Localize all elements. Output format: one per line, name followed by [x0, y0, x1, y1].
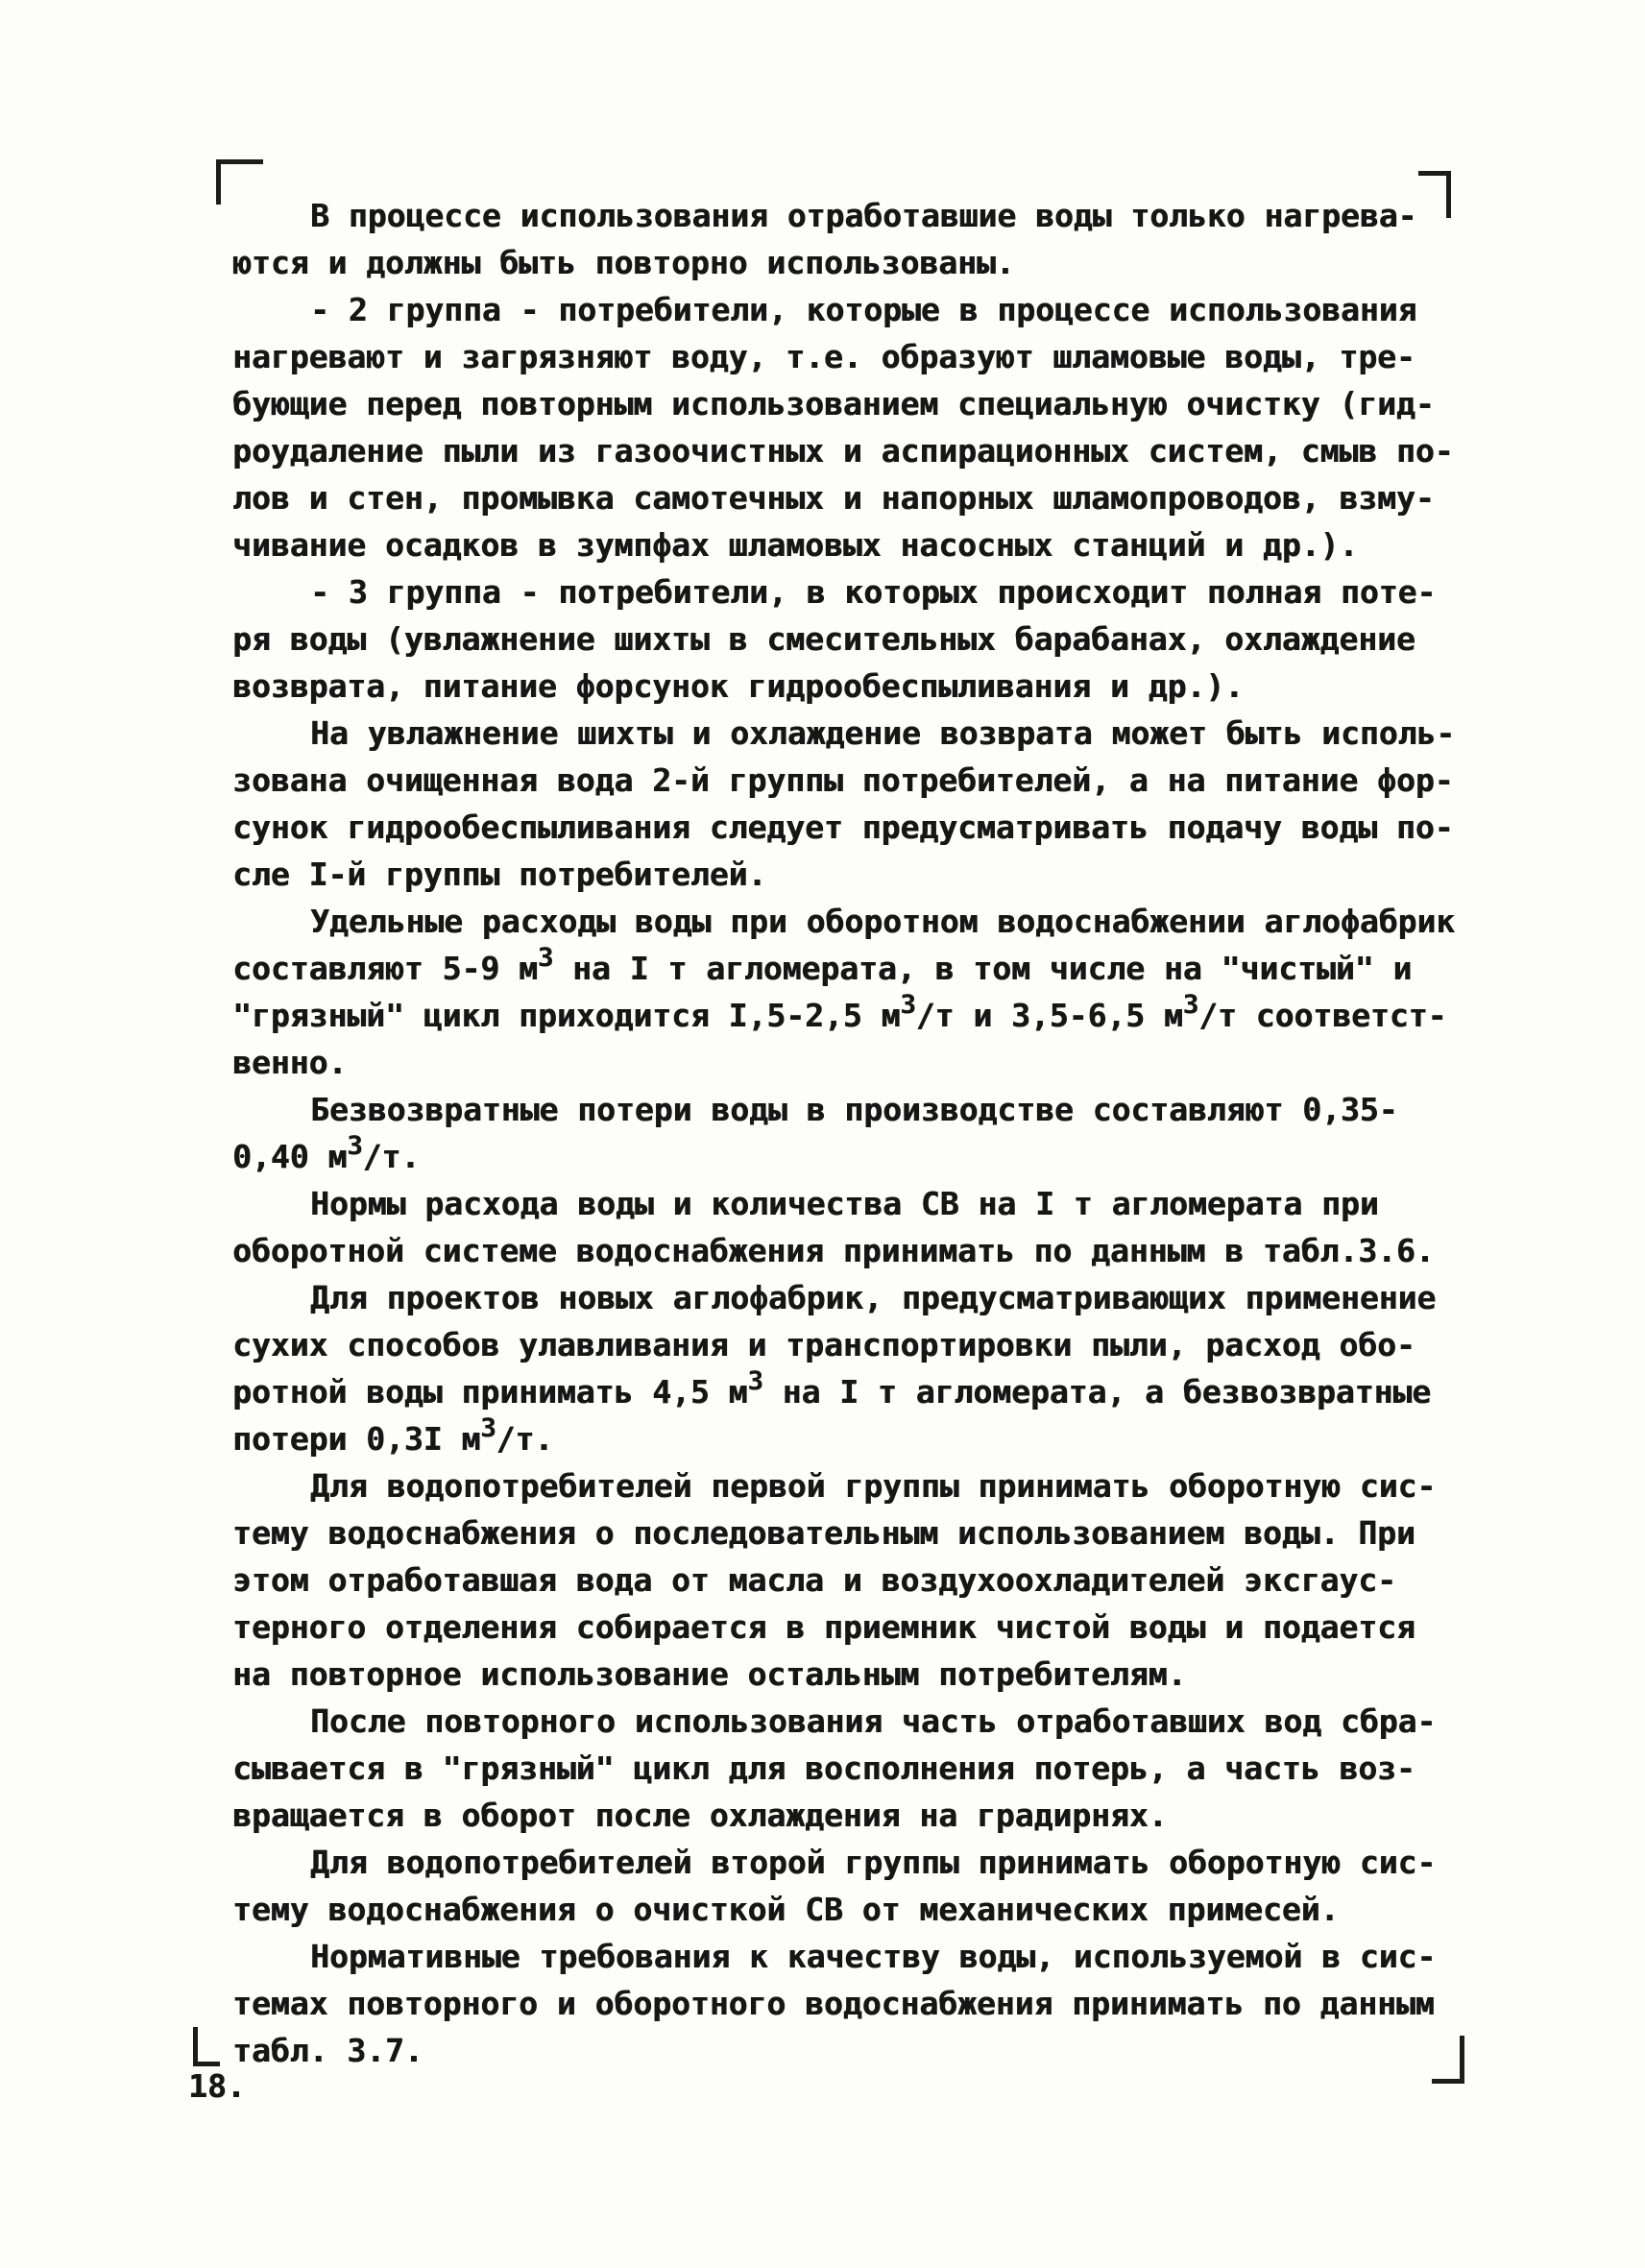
text-run: бующие перед повторным использованием сп… [232, 385, 1435, 422]
text-line: составляют 5-9 м3 на I т агломерата, в т… [232, 945, 1510, 992]
text-run: тему водоснабжения о очисткой СВ от меха… [232, 1891, 1339, 1928]
text-line: бующие перед повторным использованием сп… [232, 380, 1510, 427]
text-line: ря воды (увлажнение шихты в смесительных… [232, 615, 1510, 663]
text-line: "грязный" цикл приходится I,5-2,5 м3/т и… [232, 992, 1510, 1039]
text-run: В процессе использования отработавшие во… [310, 197, 1416, 234]
text-run: Удельные расходы воды при оборотном водо… [310, 903, 1455, 940]
text-run: После повторного использования часть отр… [310, 1702, 1436, 1740]
text-run: чивание осадков в зумпфах шламовых насос… [232, 526, 1358, 564]
text-run: вращается в оборот после охлаждения на г… [232, 1797, 1168, 1834]
text-run: На увлажнение шихты и охлаждение возврат… [310, 714, 1455, 752]
superscript: 3 [1183, 990, 1198, 1020]
text-line: сухих способов улавливания и транспортир… [232, 1321, 1510, 1368]
text-run: оборотной системе водоснабжения принимат… [232, 1232, 1435, 1269]
text-line: ются и должны быть повторно использованы… [232, 239, 1510, 286]
text-run: /т. [362, 1138, 420, 1175]
text-line: - 2 группа - потребители, которые в проц… [232, 286, 1510, 333]
text-run: 0,40 м [232, 1138, 347, 1175]
text-run: на повторное использование остальным пот… [232, 1655, 1186, 1693]
text-line: оборотной системе водоснабжения принимат… [232, 1227, 1510, 1274]
text-line: тему водоснабжения о очисткой СВ от меха… [232, 1886, 1510, 1933]
text-line: табл. 3.7. [232, 2027, 1510, 2074]
text-run: ря воды (увлажнение шихты в смесительных… [232, 620, 1415, 658]
text-line: ротной воды принимать 4,5 м3 на I т агло… [232, 1368, 1510, 1415]
text-run: Безвозвратные потери воды в производстве… [310, 1091, 1397, 1128]
text-run: темах повторного и оборотного водоснабже… [232, 1985, 1435, 2022]
text-line: сле I-й группы потребителей. [232, 851, 1510, 898]
text-run: составляют 5-9 м [232, 950, 538, 987]
text-line: Нормативные требования к качеству воды, … [232, 1933, 1510, 1980]
text-line: возврата, питание форсунок гидрообеспыли… [232, 663, 1510, 710]
text-run: возврата, питание форсунок гидрообеспыли… [232, 667, 1244, 705]
text-run: /т. [496, 1420, 554, 1458]
text-line: Для водопотребителей первой группы прини… [232, 1462, 1510, 1509]
text-run: на I т агломерата, а безвозвратные [763, 1373, 1431, 1411]
text-line: чивание осадков в зумпфах шламовых насос… [232, 521, 1510, 568]
text-line: Для водопотребителей второй группы прини… [232, 1839, 1510, 1886]
page-number: 18. [188, 2063, 246, 2110]
text-line: нагревают и загрязняют воду, т.е. образу… [232, 333, 1510, 380]
text-run: сывается в "грязный" цикл для восполнени… [232, 1749, 1415, 1787]
text-run: Для водопотребителей первой группы прини… [310, 1467, 1436, 1505]
text-run: ротной воды принимать 4,5 м [232, 1373, 747, 1411]
text-run: зована очищенная вода 2-й группы потреби… [232, 761, 1454, 799]
superscript: 3 [538, 943, 553, 973]
text-run: /т соответст- [1198, 997, 1446, 1034]
text-run: венно. [232, 1044, 347, 1081]
corner-mark-bottom-left [193, 2027, 220, 2066]
text-line: сывается в "грязный" цикл для восполнени… [232, 1745, 1510, 1792]
text-line: роудаление пыли из газоочистных и аспира… [232, 427, 1510, 474]
text-line: сунок гидрообеспыливания следует предусм… [232, 804, 1510, 851]
text-run: "грязный" цикл приходится I,5-2,5 м [232, 997, 900, 1034]
text-run: ются и должны быть повторно использованы… [232, 244, 1015, 281]
text-line: потери 0,3I м3/т. [232, 1415, 1510, 1462]
text-block: В процессе использования отработавшие во… [232, 192, 1510, 2074]
text-run: этом отработавшая вода от масла и воздух… [232, 1561, 1396, 1599]
text-run: табл. 3.7. [232, 2032, 423, 2069]
text-run: на I т агломерата, в том числе на "чисты… [553, 950, 1412, 987]
text-line: зована очищенная вода 2-й группы потреби… [232, 757, 1510, 804]
text-line: тему водоснабжения о последовательным ис… [232, 1509, 1510, 1556]
text-run: - 3 группа - потребители, в которых прои… [310, 573, 1436, 611]
text-run: тему водоснабжения о последовательным ис… [232, 1514, 1415, 1552]
superscript: 3 [900, 990, 915, 1020]
text-run: нагревают и загрязняют воду, т.е. образу… [232, 338, 1415, 375]
text-run: Для проектов новых аглофабрик, предусмат… [310, 1279, 1436, 1316]
text-run: Для водопотребителей второй группы прини… [310, 1844, 1436, 1881]
text-line: В процессе использования отработавшие во… [232, 192, 1510, 239]
text-run: терного отделения собирается в приемник … [232, 1608, 1415, 1646]
text-run: сухих способов улавливания и транспортир… [232, 1326, 1415, 1363]
text-line: вращается в оборот после охлаждения на г… [232, 1792, 1510, 1839]
text-line: лов и стен, промывка самотечных и напорн… [232, 474, 1510, 521]
document-page: В процессе использования отработавшие во… [0, 0, 1645, 2268]
text-line: венно. [232, 1039, 1510, 1086]
text-run: сле I-й группы потребителей. [232, 856, 766, 893]
text-run: потери 0,3I м [232, 1420, 480, 1458]
text-line: Удельные расходы воды при оборотном водо… [232, 898, 1510, 945]
text-line: Для проектов новых аглофабрик, предусмат… [232, 1274, 1510, 1321]
text-line: На увлажнение шихты и охлаждение возврат… [232, 710, 1510, 757]
text-run: сунок гидрообеспыливания следует предусм… [232, 808, 1454, 846]
text-run: роудаление пыли из газоочистных и аспира… [232, 432, 1454, 470]
text-line: терного отделения собирается в приемник … [232, 1604, 1510, 1651]
superscript: 3 [747, 1366, 762, 1396]
text-line: этом отработавшая вода от масла и воздух… [232, 1556, 1510, 1604]
text-line: - 3 группа - потребители, в которых прои… [232, 568, 1510, 615]
text-line: Нормы расхода воды и количества СВ на I … [232, 1180, 1510, 1227]
text-line: темах повторного и оборотного водоснабже… [232, 1980, 1510, 2027]
text-line: 0,40 м3/т. [232, 1133, 1510, 1180]
text-run: - 2 группа - потребители, которые в проц… [310, 291, 1416, 328]
text-run: Нормативные требования к качеству воды, … [310, 1938, 1436, 1975]
text-line: Безвозвратные потери воды в производстве… [232, 1086, 1510, 1133]
text-run: /т и 3,5-6,5 м [916, 997, 1183, 1034]
superscript: 3 [347, 1131, 362, 1161]
text-run: лов и стен, промывка самотечных и напорн… [232, 479, 1435, 517]
superscript: 3 [480, 1413, 496, 1443]
text-line: После повторного использования часть отр… [232, 1698, 1510, 1745]
text-line: на повторное использование остальным пот… [232, 1651, 1510, 1698]
text-run: Нормы расхода воды и количества СВ на I … [310, 1185, 1379, 1222]
